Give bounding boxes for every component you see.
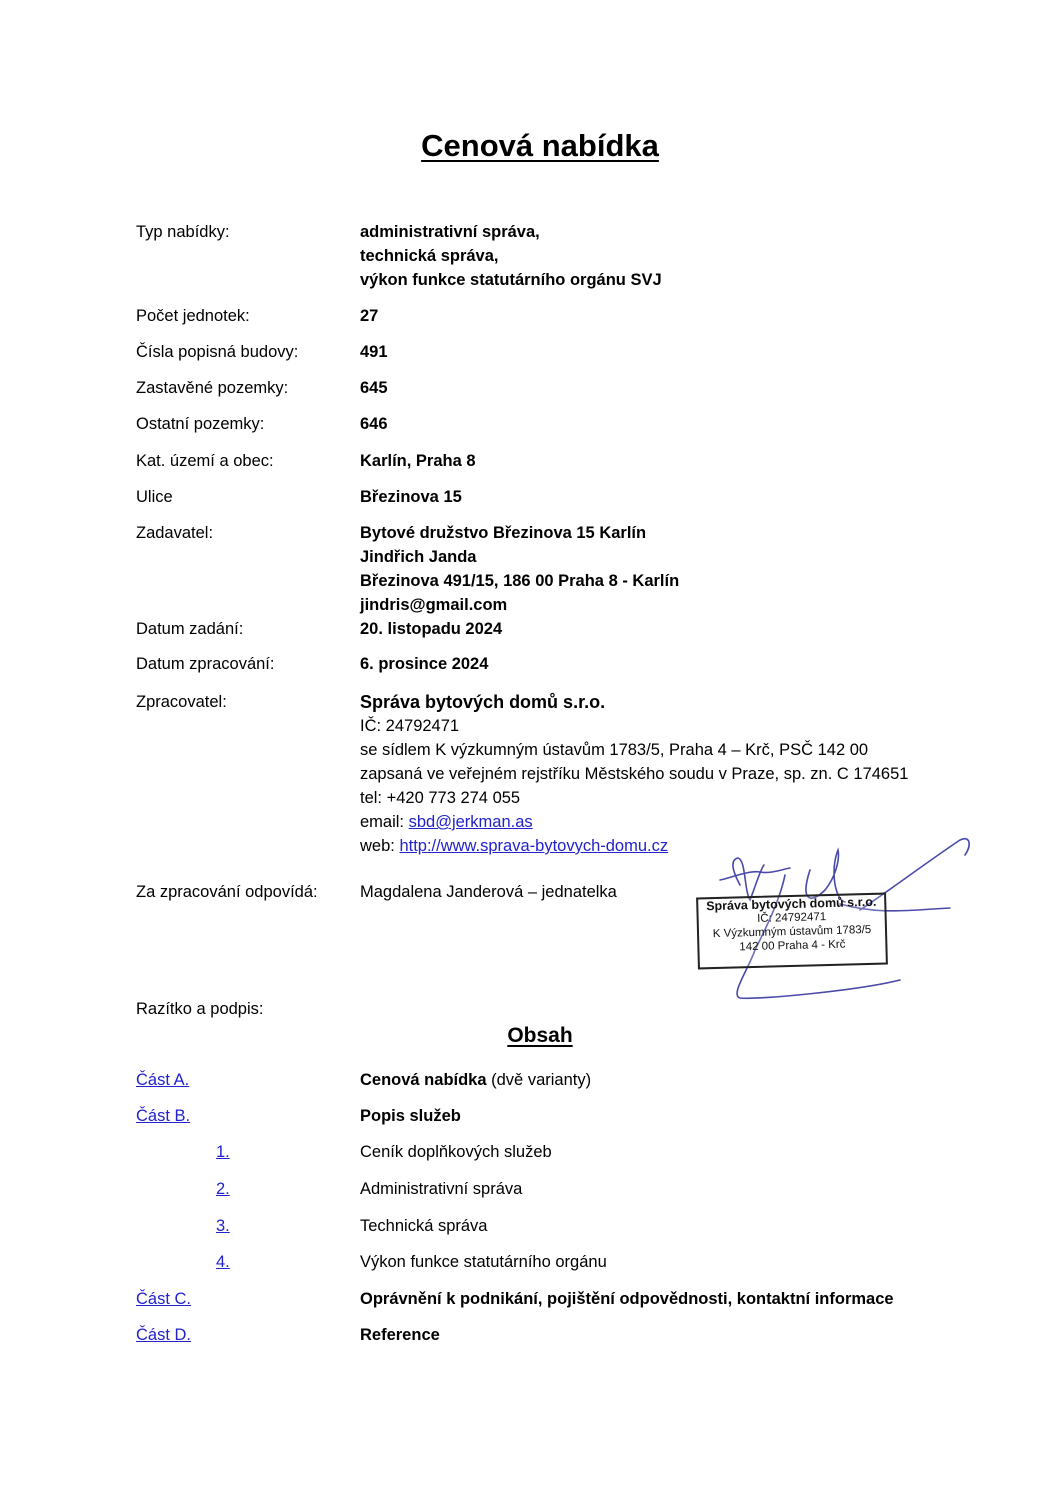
- field-label: Ostatní pozemky:: [136, 412, 264, 436]
- toc-link-1[interactable]: 1.: [216, 1140, 230, 1164]
- toc-text-bold: Cenová nabídka: [360, 1071, 487, 1089]
- processor-seat: se sídlem K výzkumným ústavům 1783/5, Pr…: [360, 738, 908, 762]
- field-value: Březinova 15: [360, 485, 462, 509]
- toc-link-part-d[interactable]: Část D.: [136, 1323, 191, 1347]
- field-label: Ulice: [136, 485, 173, 509]
- processor-tel: tel: +420 773 274 055: [360, 786, 908, 810]
- toc-text: Oprávnění k podnikání, pojištění odpověd…: [360, 1287, 894, 1311]
- processor-company: Správa bytových domů s.r.o.: [360, 690, 908, 714]
- toc-link-3[interactable]: 3.: [216, 1214, 230, 1238]
- field-label: Datum zpracování:: [136, 652, 274, 676]
- value-line: technická správa,: [360, 244, 662, 268]
- toc-text: Technická správa: [360, 1214, 487, 1238]
- field-value: Bytové družstvo Březinova 15 Karlín Jind…: [360, 521, 679, 617]
- value-line: jindris@gmail.com: [360, 593, 679, 617]
- field-label: Zpracovatel:: [136, 690, 227, 714]
- field-value: 6. prosince 2024: [360, 652, 488, 676]
- field-value: Magdalena Janderová – jednatelka: [360, 880, 617, 904]
- toc-text: Administrativní správa: [360, 1177, 522, 1201]
- toc-text: Popis služeb: [360, 1104, 461, 1128]
- web-label: web:: [360, 837, 399, 855]
- toc-text: Výkon funkce statutárního orgánu: [360, 1250, 607, 1274]
- toc-link-part-c[interactable]: Část C.: [136, 1287, 191, 1311]
- toc-text: Cenová nabídka (dvě varianty): [360, 1068, 591, 1092]
- field-label: Zastavěné pozemky:: [136, 376, 288, 400]
- toc-heading: Obsah: [0, 1024, 1058, 1048]
- processor-registry: zapsaná ve veřejném rejstříku Městského …: [360, 762, 908, 786]
- field-label: Čísla popisná budovy:: [136, 340, 298, 364]
- value-line: Bytové družstvo Březinova 15 Karlín: [360, 521, 679, 545]
- value-line: administrativní správa,: [360, 220, 662, 244]
- toc-text: Reference: [360, 1323, 440, 1347]
- toc-link-4[interactable]: 4.: [216, 1250, 230, 1274]
- field-value: 491: [360, 340, 388, 364]
- processor-ico: IČ: 24792471: [360, 714, 908, 738]
- company-stamp: Správa bytových domů s.r.o. IČ: 24792471…: [696, 893, 888, 970]
- field-value: 646: [360, 412, 388, 436]
- field-label: Typ nabídky:: [136, 220, 230, 244]
- toc-link-part-b[interactable]: Část B.: [136, 1104, 190, 1128]
- field-value: administrativní správa, technická správa…: [360, 220, 662, 292]
- field-label: Zadavatel:: [136, 521, 213, 545]
- field-label: Datum zadání:: [136, 617, 243, 641]
- field-value: 20. listopadu 2024: [360, 617, 502, 641]
- toc-link-part-a[interactable]: Část A.: [136, 1068, 189, 1092]
- web-link[interactable]: http://www.sprava-bytovych-domu.cz: [399, 837, 668, 855]
- email-link[interactable]: sbd@jerkman.as: [409, 813, 533, 831]
- toc-link-2[interactable]: 2.: [216, 1177, 230, 1201]
- email-label: email:: [360, 813, 409, 831]
- field-value: 645: [360, 376, 388, 400]
- field-label: Počet jednotek:: [136, 304, 250, 328]
- value-line: Březinova 491/15, 186 00 Praha 8 - Karlí…: [360, 569, 679, 593]
- field-label: Razítko a podpis:: [136, 997, 264, 1021]
- field-label: Za zpracování odpovídá:: [136, 880, 318, 904]
- field-value: Karlín, Praha 8: [360, 449, 476, 473]
- toc-text: Ceník doplňkových služeb: [360, 1140, 552, 1164]
- toc-text-normal: (dvě varianty): [487, 1071, 592, 1089]
- document-title: Cenová nabídka: [0, 128, 1058, 164]
- value-line: Jindřich Janda: [360, 545, 679, 569]
- field-value: 27: [360, 304, 378, 328]
- field-label: Kat. území a obec:: [136, 449, 274, 473]
- value-line: výkon funkce statutárního orgánu SVJ: [360, 268, 662, 292]
- document-page: Cenová nabídka Typ nabídky: administrati…: [0, 0, 1058, 1497]
